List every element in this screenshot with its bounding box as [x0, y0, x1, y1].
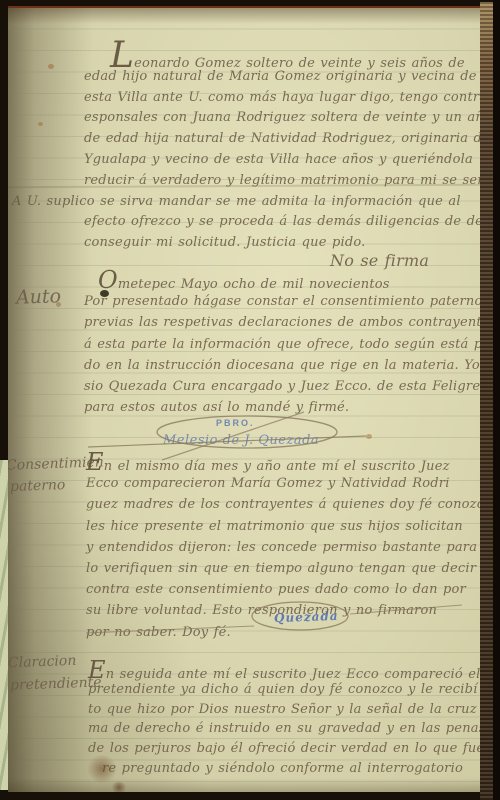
manuscript-line: de los perjuros bajo él ofreció decir ve…: [88, 739, 482, 759]
manuscript-line: ma de derecho é instruido en su gravedad…: [88, 719, 482, 739]
manuscript-line: esponsales con Juana Rodriguez soltera d…: [84, 108, 482, 129]
petition-paragraph: Leonardo Gomez soltero de veinte y seis …: [84, 46, 482, 254]
manuscript-line: A U. suplico se sirva mandar se me admit…: [12, 192, 482, 213]
manuscript-line: les hice presente el matrimonio que sus …: [86, 516, 482, 537]
scan-background: [493, 0, 500, 800]
manuscript-line: reducir á verdadero y legítimo matrimoni…: [84, 171, 482, 192]
manuscript-dateline: Ometepec Mayo ocho de mil novecientos: [84, 270, 482, 291]
manuscript-line: Por presentado hágase constar el consent…: [84, 291, 482, 312]
manuscript-line: contra este consentimiento pues dado com…: [86, 579, 482, 600]
manuscript-line: guez madres de los contrayentes á quiene…: [86, 494, 482, 515]
manuscript-line: sio Quezada Cura encargado y Juez Ecco. …: [84, 376, 482, 397]
manuscript-line: Leonardo Gomez soltero de veinte y seis …: [84, 46, 482, 67]
paper-stain: [86, 755, 118, 783]
manuscript-line: para estos autos así lo mandé y firmé.: [84, 397, 482, 418]
paper-stain: [110, 782, 128, 792]
manuscript-line: En seguida ante mí el suscrito Juez Ecco…: [88, 660, 482, 680]
margin-note-declaration-1: Claracion: [8, 653, 77, 671]
paper-stain: [38, 122, 43, 126]
manuscript-page: Leonardo Gomez soltero de veinte y seis …: [8, 6, 482, 792]
manuscript-line: En el mismo día mes y año ante mí el sus…: [86, 452, 482, 473]
priest-stamp-name: Melesio de J. Quezada: [163, 433, 319, 448]
manuscript-line: do en la instrucción diocesana que rige …: [84, 355, 482, 376]
manuscript-line: previas las respetivas declaraciones de …: [84, 312, 482, 333]
manuscript-line: á esta parte la información que ofrece, …: [84, 334, 482, 355]
manuscript-line: y entendidos dijeron: les concede permis…: [86, 537, 482, 558]
manuscript-line: de edad hija natural de Natividad Rodrig…: [84, 129, 482, 150]
manuscript-line: Ygualapa y vecino de esta Villa hace año…: [84, 150, 482, 171]
no-signature-note: No se firma: [330, 251, 429, 270]
ink-blot: [100, 290, 109, 297]
manuscript-line: lo verifiquen sin que en tiempo alguno t…: [86, 558, 482, 579]
manuscript-line: efecto ofrezco y se proceda á las demás …: [84, 212, 482, 233]
paper-stain: [366, 434, 372, 439]
manuscript-line: to que hizo por Dios nuestro Señor y la …: [88, 700, 482, 720]
paper-stain: [48, 64, 54, 69]
auto-decree-paragraph: Ometepec Mayo ocho de mil novecientos Po…: [84, 270, 482, 418]
margin-note-consent-2: paterno: [10, 477, 66, 495]
margin-note-auto: Auto: [16, 285, 62, 309]
document-scan: Leonardo Gomez soltero de veinte y seis …: [0, 0, 500, 800]
groom-declaration-paragraph: En seguida ante mí el suscrito Juez Ecco…: [88, 660, 482, 779]
paper-stain: [56, 302, 61, 307]
manuscript-line: Ecco comparecieron María Gomez y Nativid…: [86, 473, 482, 494]
manuscript-line: pretendiente ya dicho á quien doy fé con…: [88, 680, 482, 700]
priest-stamp-title: PBRO.: [216, 418, 255, 428]
manuscript-line: edad hijo natural de Maria Gomez origina…: [84, 67, 482, 88]
manuscript-line: esta Villa ante U. como más haya lugar d…: [84, 88, 482, 109]
manuscript-line: re preguntado y siéndolo conforme al int…: [88, 759, 482, 779]
small-seal-text: Quezada: [274, 609, 339, 625]
